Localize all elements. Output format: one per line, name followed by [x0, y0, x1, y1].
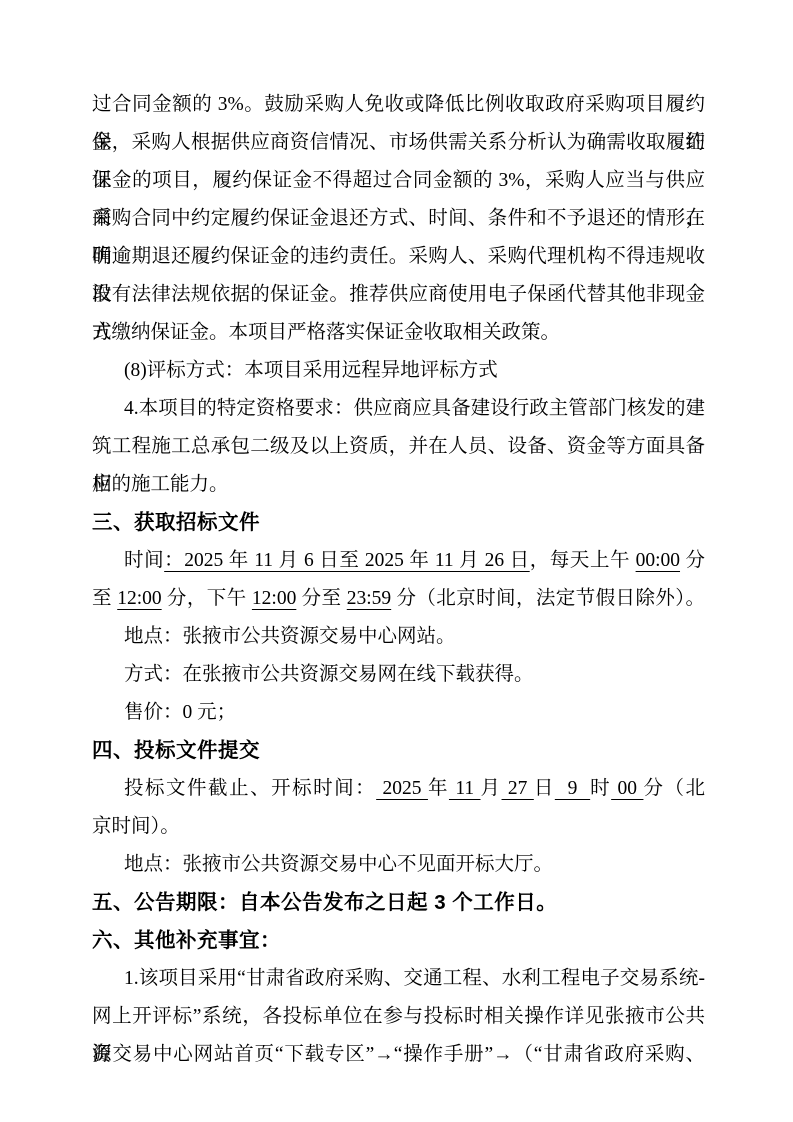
text-run: 年	[428, 778, 449, 799]
text-line: 4.本项目的特定资格要求：供应商应具备建设行政主管部门核发的建	[92, 390, 705, 428]
text-line: 方式：在张掖市公共资源交易网在线下载获得。	[92, 656, 705, 694]
text-line: 源交易中心网站首页“下载专区”→“操作手册”→（“甘肃省政府采购、	[92, 1036, 705, 1074]
text-line: 证金的项目，履约保证金不得超过合同金额的 3%，采购人应当与供应商在	[92, 162, 705, 200]
text-run: 三、获取招标文件	[92, 511, 260, 534]
text-run: 地点：张掖市公共资源交易中心网站。	[124, 626, 456, 647]
text-run: 1.该项目采用“甘肃省政府采购、交通工程、水利工程电子交易系统-	[124, 968, 705, 989]
text-run: (8)评标方式：本项目采用远程异地评标方式	[124, 360, 498, 381]
underlined-text-run: 00	[611, 778, 643, 799]
text-run: 地点：张掖市公共资源交易中心不见面开标大厅。	[124, 854, 553, 875]
text-run: 时	[590, 778, 611, 799]
underlined-text-run: 9	[555, 778, 590, 799]
text-run: 分（北京时间，法定节假日除外）。	[391, 588, 705, 609]
underlined-text-run: 2025	[376, 778, 428, 799]
text-line: 网上开评标”系统，各投标单位在参与投标时相关操作详见张掖市公共资	[92, 998, 705, 1036]
underlined-text-run: ：2025 年 11 月 6 日至 2025 年 11 月 26 日	[164, 550, 530, 571]
text-line: 没有法律法规依据的保证金。推荐供应商使用电子保函代替其他非现金方	[92, 276, 705, 314]
text-line: 地点：张掖市公共资源交易中心网站。	[92, 618, 705, 656]
document-body: 过合同金额的 3%。鼓励采购人免收或降低比例收取政府采购项目履约保证金，采购人根…	[92, 86, 705, 1074]
text-run: 方式：在张掖市公共资源交易网在线下载获得。	[124, 664, 534, 685]
text-run: 4.本项目的特定资格要求：供应商应具备建设行政主管部门核发的建	[124, 398, 705, 419]
text-run: 源交易中心网站首页“下载专区”→“操作手册”→（“甘肃省政府采购、	[92, 1044, 705, 1065]
underlined-text-run: 23:59	[347, 588, 391, 609]
text-run: 分，下午	[162, 588, 252, 609]
text-line: 1.该项目采用“甘肃省政府采购、交通工程、水利工程电子交易系统-	[92, 960, 705, 998]
text-run: 四、投标文件提交	[92, 739, 260, 762]
text-run: 五、公告期限：自本公告发布之日起 3 个工作日。	[92, 891, 557, 914]
text-run: 日	[534, 778, 555, 799]
text-run: 六、其他补充事宜：	[92, 929, 281, 952]
text-run: 分（北	[643, 778, 705, 799]
text-line: 应的施工能力。	[92, 466, 705, 504]
text-run: ，每天上午	[530, 550, 636, 571]
section-heading: 六、其他补充事宜：	[92, 922, 705, 960]
text-line: 至 12:00 分，下午 12:00 分至 23:59 分（北京时间，法定节假日…	[92, 580, 705, 618]
text-line: 确逾期退还履约保证金的违约责任。采购人、采购代理机构不得违规收取	[92, 238, 705, 276]
text-run: 时间	[124, 550, 164, 571]
text-line: (8)评标方式：本项目采用远程异地评标方式	[92, 352, 705, 390]
text-run: 分	[680, 550, 705, 571]
text-line: 地点：张掖市公共资源交易中心不见面开标大厅。	[92, 846, 705, 884]
text-run: 投标文件截止、开标时间：	[124, 778, 376, 799]
section-heading: 三、获取招标文件	[92, 504, 705, 542]
text-run: 分至	[296, 588, 346, 609]
text-run: 式缴纳保证金。本项目严格落实保证金收取相关政策。	[92, 322, 560, 343]
section-heading: 五、公告期限：自本公告发布之日起 3 个工作日。	[92, 884, 705, 922]
text-line: 时间：2025 年 11 月 6 日至 2025 年 11 月 26 日，每天上…	[92, 542, 705, 580]
text-line: 京时间）。	[92, 808, 705, 846]
text-line: 筑工程施工总承包二级及以上资质，并在人员、设备、资金等方面具备相	[92, 428, 705, 466]
underlined-text-run: 12:00	[252, 588, 296, 609]
text-run: 应的施工能力。	[92, 474, 229, 495]
underlined-text-run: 27	[502, 778, 534, 799]
section-heading: 四、投标文件提交	[92, 732, 705, 770]
text-line: 金，采购人根据供应商资信情况、市场供需关系分析认为确需收取履约保	[92, 124, 705, 162]
text-line: 式缴纳保证金。本项目严格落实保证金收取相关政策。	[92, 314, 705, 352]
text-run: 京时间）。	[92, 816, 180, 837]
text-run: 至	[92, 588, 117, 609]
text-run: 月	[481, 778, 502, 799]
text-line: 采购合同中约定履约保证金退还方式、时间、条件和不予退还的情形，明	[92, 200, 705, 238]
text-run: 售价：0 元；	[124, 702, 236, 723]
document-page: 过合同金额的 3%。鼓励采购人免收或降低比例收取政府采购项目履约保证金，采购人根…	[0, 0, 793, 1122]
text-line: 投标文件截止、开标时间： 2025 年 11 月 27 日 9 时 00 分（北	[92, 770, 705, 808]
underlined-text-run: 11	[449, 778, 481, 799]
underlined-text-run: 00:00	[636, 550, 680, 571]
underlined-text-run: 12:00	[117, 588, 161, 609]
text-line: 售价：0 元；	[92, 694, 705, 732]
text-line: 过合同金额的 3%。鼓励采购人免收或降低比例收取政府采购项目履约保证	[92, 86, 705, 124]
